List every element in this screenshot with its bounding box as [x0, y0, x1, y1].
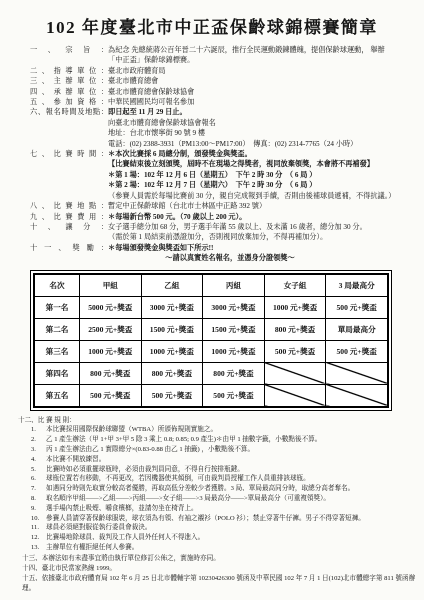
rule-text: 本比賽採用國際保齡球聯盟（WTBA）所頒佈規則實施之。: [46, 425, 416, 435]
rule-item: 5.比賽時如必須重擺球瓶時，必須由裁判員同意，不得自行按排瓶鍵。: [18, 465, 416, 475]
table-header-cell: 女子組: [264, 274, 326, 296]
rule-text: 參賽人員請穿著保齡球服裝，球衣須為有領、有袖之襯衫（POLO 衫）；禁止穿著牛仔…: [46, 514, 416, 524]
table-row: 第二名2500 元+獎盃1500 元+獎盃1500 元+獎盃800 元+獎盃單局…: [35, 318, 388, 340]
content-line: 臺北市體育總會: [108, 76, 412, 86]
section-content: 女子選手總分加 68 分，男子選手年滿 55 歲以上、及未滿 16 歲者，總分加…: [108, 222, 412, 243]
rule-text: 選手場內禁止吸煙、嚼食檳榔，並請勿坐在椅背上。: [46, 504, 416, 514]
rule-item: 4.本比賽不開放練習。: [18, 455, 416, 465]
content-line: （需於第 1 局結束前憑證加分，否則視同放棄加分，不得再補加分）。: [108, 232, 412, 242]
section-row: 三、主辦單位：臺北市體育總會: [30, 76, 412, 86]
content-line: 「中正盃」保齡球錦標賽。: [108, 55, 412, 65]
section-content: 中華民國國民均可報名參加: [108, 97, 412, 107]
section-row: 五、參加資格：中華民國國民均可報名參加: [30, 97, 412, 107]
table-header-row: 名次甲組乙組丙組女子組3 局最高分: [35, 274, 388, 296]
section-content: ＊本次比賽採 6 局總分制，頒發獎金與獎盃。【比賽結束後立刻頒獎，屆時不在現場之…: [108, 149, 412, 201]
rule-number: 10.: [31, 514, 46, 524]
content-line: ＊第 1 場：102 年 12 月 6 日（星期五） 下午 2 時 30 分 （…: [108, 170, 412, 180]
footer-line: 十三、本辦法如有未盡事宜將由執行單位修訂公佈之，實施時亦同。: [22, 554, 416, 564]
section-row: 六、報名時間及地點：即日起至 11 月 29 日止。向臺北市體育總會保齡球協會報…: [30, 107, 412, 149]
section-label: 十、讓分：: [30, 222, 108, 243]
section-label: 七、比賽時間：: [30, 149, 108, 201]
rule-item: 3.丙 1 產生辦法由乙 1 實際總分×(0.83-0.88 由乙 1 抽籤) …: [18, 445, 416, 455]
table-header-cell: 名次: [35, 274, 80, 296]
rank-cell: 第一名: [35, 296, 80, 318]
content-line: 臺北市體育總會保齡球協會: [108, 87, 412, 97]
rule-item: 11.球員必須絕對服從執行委員會裁決。: [18, 523, 416, 533]
section-row: 四、承辦單位：臺北市體育總會保齡球協會: [30, 87, 412, 97]
rule-text: 丙 1 產生辦法由乙 1 實際總分×(0.83-0.88 由乙 1 抽籤) ，小…: [46, 445, 416, 455]
content-line: 電話：(02) 2388-3931（PM13:00～PM17:00） 傳真：(0…: [108, 139, 412, 149]
table-row: 第一名5000 元+獎盃3000 元+獎盃3000 元+獎盃1000 元+獎盃5…: [35, 296, 388, 318]
footer-line: 十四、臺北市民當家熱線 1999。: [22, 564, 416, 574]
rule-item: 7.如遇同分時則先取實分較高者優勝，再取高低分差較少者獲勝。3 局、單局最高同分…: [18, 484, 416, 494]
rule-number: 11.: [31, 523, 46, 533]
prize-cell: 3000 元+獎盃: [141, 296, 203, 318]
section-label: 三、主辦單位：: [30, 76, 108, 86]
rule-text: 取名順序甲組——>乙組——>丙組——>女子組——>3 局最高分——>單局最高分（…: [46, 494, 416, 504]
content-line: 為紀念 先總統蔣公百年晉二十六誕辰，推行全民運動鍛鍊體魄，提倡保齡球運動， 舉辦: [108, 45, 412, 55]
prize-cell: 2500 元+獎盃: [80, 318, 142, 340]
prize-cell: 500 元+獎盃: [80, 384, 142, 406]
content-line: 【比賽結束後立刻頒獎，屆時不在現場之得獎者，視同放棄領獎，本會將不再補發】: [108, 159, 412, 169]
rank-cell: 第三名: [35, 340, 80, 362]
rule-item: 2.乙 1 產生辦法（甲 1+甲 3+甲 5 除 3 乘上 0.8; 0.85;…: [18, 435, 416, 445]
section-label: 十一、獎勵：: [30, 243, 108, 264]
rule-item: 9.選手場內禁止吸煙、嚼食檳榔，並請勿坐在椅背上。: [18, 504, 416, 514]
content-line: 即日起至 11 月 29 日止。: [108, 107, 412, 117]
rule-item: 13.主辦單位有權拒絕任何人參賽。: [18, 543, 416, 553]
prize-cell: [264, 362, 326, 384]
prize-cell: 500 元+獎盃: [264, 340, 326, 362]
section-content: ＊每場新台幣 500 元。（70 歲以上 200 元）。: [108, 212, 412, 222]
section-content: 暫定中正保齡球館（台北市士林區中正路 392 號）: [108, 201, 412, 211]
rule-number: 4.: [31, 455, 46, 465]
section-label: 五、參加資格：: [30, 97, 108, 107]
rule-text: 球瓶位置若有移動，不再更改，若因機器使其傾倒，可由裁判員授權工作人員重排該球瓶。: [46, 474, 416, 484]
rule-text: 如遇同分時則先取實分較高者優勝，再取高低分差較少者獲勝。3 局、單局最高同分時，…: [46, 484, 416, 494]
prize-cell: [326, 362, 388, 384]
table-row: 第三名1000 元+獎盃1000 元+獎盃1000 元+獎盃500 元+獎盃50…: [35, 340, 388, 362]
section-content: 臺北市體育總會: [108, 76, 412, 86]
content-line: 暫定中正保齡球館（台北市士林區中正路 392 號）: [108, 201, 412, 211]
table-row: 第四名800 元+獎盃800 元+獎盃800 元+獎盃: [35, 362, 388, 384]
rules-heading: 十二、比 賽 規 則：: [18, 416, 416, 426]
rule-text: 比賽時如必須重擺球瓶時，必須由裁判員同意，不得自行按排瓶鍵。: [46, 465, 416, 475]
footer-line: 十五、依據臺北市政府體育局 102 年 6 月 25 日北市體輔字第 10230…: [22, 574, 416, 594]
section-label: 一、宗旨：: [30, 45, 108, 66]
rule-number: 13.: [31, 543, 46, 553]
content-line: ＊每場頒發獎金與獎盃如下所示!!: [108, 243, 412, 253]
section-content: ＊每場頒發獎金與獎盃如下所示!!～請以真實姓名報名，並憑身分證領獎～: [108, 243, 412, 264]
rank-cell: 第四名: [35, 362, 80, 384]
rules-section: 十二、比 賽 規 則： 1.本比賽採用國際保齡球聯盟（WTBA）所頒佈規則實施之…: [18, 416, 416, 553]
section-row: 二、指導單位：臺北市政府體育局: [30, 66, 412, 76]
rule-number: 2.: [31, 435, 46, 445]
section-content: 即日起至 11 月 29 日止。向臺北市體育總會保齡球協會報名地址：台北市懷寧街…: [108, 107, 412, 149]
section-label: 二、指導單位：: [30, 66, 108, 76]
prize-cell: 800 元+獎盃: [80, 362, 142, 384]
prize-cell: 1000 元+獎盃: [141, 340, 203, 362]
prize-cell: 800 元+獎盃: [264, 318, 326, 340]
section-label: 四、承辦單位：: [30, 87, 108, 97]
content-line: （參賽人員需於每場比賽前 30 分，親自完成報到手續，否則由後補球員遞補，不得抗…: [108, 191, 412, 201]
section-content: 臺北市政府體育局: [108, 66, 412, 76]
prize-cell: 1000 元+獎盃: [203, 340, 265, 362]
section-row: 九、比賽費用：＊每場新台幣 500 元。（70 歲以上 200 元）。: [30, 212, 412, 222]
prize-table-border: 名次甲組乙組丙組女子組3 局最高分第一名5000 元+獎盃3000 元+獎盃30…: [30, 270, 392, 411]
document-page: 102 年度臺北市中正盃保齡球錦標賽簡章 一、宗旨：為紀念 先總統蔣公百年晉二十…: [0, 0, 424, 600]
table-header-cell: 甲組: [80, 274, 142, 296]
rule-number: 1.: [31, 425, 46, 435]
prize-table: 名次甲組乙組丙組女子組3 局最高分第一名5000 元+獎盃3000 元+獎盃30…: [34, 274, 388, 407]
rule-text: 球員必須絕對服從執行委員會裁決。: [46, 523, 416, 533]
rule-text: 乙 1 產生辦法（甲 1+甲 3+甲 5 除 3 乘上 0.8; 0.85; 0…: [46, 435, 416, 445]
rule-number: 3.: [31, 445, 46, 455]
table-header-cell: 丙組: [203, 274, 265, 296]
table-row: 第五名500 元+獎盃500 元+獎盃500 元+獎盃: [35, 384, 388, 406]
section-label: 六、報名時間及地點：: [30, 107, 108, 149]
content-line: ＊每場新台幣 500 元。（70 歲以上 200 元）。: [108, 212, 412, 222]
content-line: ＊本次比賽採 6 局總分制，頒發獎金與獎盃。: [108, 149, 412, 159]
rule-item: 1.本比賽採用國際保齡球聯盟（WTBA）所頒佈規則實施之。: [18, 425, 416, 435]
rule-number: 7.: [31, 484, 46, 494]
rule-number: 8.: [31, 494, 46, 504]
section-content: 為紀念 先總統蔣公百年晉二十六誕辰，推行全民運動鍛鍊體魄，提倡保齡球運動， 舉辦…: [108, 45, 412, 66]
table-header-cell: 3 局最高分: [326, 274, 388, 296]
content-line: 地址：台北市懷寧街 90 號 9 樓: [108, 128, 412, 138]
section-label: 八、比賽地點：: [30, 201, 108, 211]
section-label: 九、比賽費用：: [30, 212, 108, 222]
section-content: 臺北市體育總會保齡球協會: [108, 87, 412, 97]
prize-cell: [264, 384, 326, 406]
section-row: 七、比賽時間：＊本次比賽採 6 局總分制，頒發獎金與獎盃。【比賽結束後立刻頒獎，…: [30, 149, 412, 201]
rule-text: 本比賽不開放練習。: [46, 455, 416, 465]
rule-number: 6.: [31, 474, 46, 484]
section-row: 一、宗旨：為紀念 先總統蔣公百年晉二十六誕辰，推行全民運動鍛鍊體魄，提倡保齡球運…: [30, 45, 412, 66]
rank-cell: 第二名: [35, 318, 80, 340]
prize-cell: 500 元+獎盃: [203, 384, 265, 406]
section-row: 十、讓分：女子選手總分加 68 分，男子選手年滿 55 歲以上、及未滿 16 歲…: [30, 222, 412, 243]
rule-number: 12.: [31, 533, 46, 543]
prize-cell: [326, 384, 388, 406]
table-header-cell: 乙組: [141, 274, 203, 296]
rule-item: 12.比賽場地除球員、裁判及工作人員外任何人不得進入。: [18, 533, 416, 543]
prize-cell: 1000 元+獎盃: [80, 340, 142, 362]
prize-cell: 1500 元+獎盃: [141, 318, 203, 340]
content-line: ～請以真實姓名報名，並憑身分證領獎～: [108, 253, 412, 263]
section-list: 一、宗旨：為紀念 先總統蔣公百年晉二十六誕辰，推行全民運動鍛鍊體魄，提倡保齡球運…: [30, 45, 412, 264]
prize-cell: 500 元+獎盃: [326, 296, 388, 318]
rule-text: 主辦單位有權拒絕任何人參賽。: [46, 543, 416, 553]
section-row: 十一、獎勵：＊每場頒發獎金與獎盃如下所示!!～請以真實姓名報名，並憑身分證領獎～: [30, 243, 412, 264]
prize-cell: 500 元+獎盃: [326, 340, 388, 362]
prize-cell: 1500 元+獎盃: [203, 318, 265, 340]
prize-cell: 500 元+獎盃: [141, 384, 203, 406]
prize-cell: 800 元+獎盃: [141, 362, 203, 384]
content-line: 中華民國國民均可報名參加: [108, 97, 412, 107]
prize-cell: 800 元+獎盃: [203, 362, 265, 384]
rule-number: 9.: [31, 504, 46, 514]
prize-cell: 3000 元+獎盃: [203, 296, 265, 318]
footer-notes: 十三、本辦法如有未盡事宜將由執行單位修訂公佈之，實施時亦同。十四、臺北市民當家熱…: [22, 554, 416, 594]
rule-number: 5.: [31, 465, 46, 475]
content-line: 向臺北市體育總會保齡球協會報名: [108, 118, 412, 128]
rule-text: 比賽場地除球員、裁判及工作人員外任何人不得進入。: [46, 533, 416, 543]
rule-item: 6.球瓶位置若有移動，不再更改，若因機器使其傾倒，可由裁判員授權工作人員重排該球…: [18, 474, 416, 484]
content-line: 女子選手總分加 68 分，男子選手年滿 55 歲以上、及未滿 16 歲者，總分加…: [108, 222, 412, 232]
document-title: 102 年度臺北市中正盃保齡球錦標賽簡章: [0, 0, 424, 38]
rank-cell: 第五名: [35, 384, 80, 406]
content-line: ＊第 2 場：102 年 12 月 7 日（星期六） 下午 2 時 30 分 （…: [108, 180, 412, 190]
rule-item: 8.取名順序甲組——>乙組——>丙組——>女子組——>3 局最高分——>單局最高…: [18, 494, 416, 504]
prize-cell: 1000 元+獎盃: [264, 296, 326, 318]
section-row: 八、比賽地點：暫定中正保齡球館（台北市士林區中正路 392 號）: [30, 201, 412, 211]
prize-cell: 單局最高分: [326, 318, 388, 340]
content-line: 臺北市政府體育局: [108, 66, 412, 76]
prize-cell: 5000 元+獎盃: [80, 296, 142, 318]
rule-item: 10.參賽人員請穿著保齡球服裝，球衣須為有領、有袖之襯衫（POLO 衫）；禁止穿…: [18, 514, 416, 524]
